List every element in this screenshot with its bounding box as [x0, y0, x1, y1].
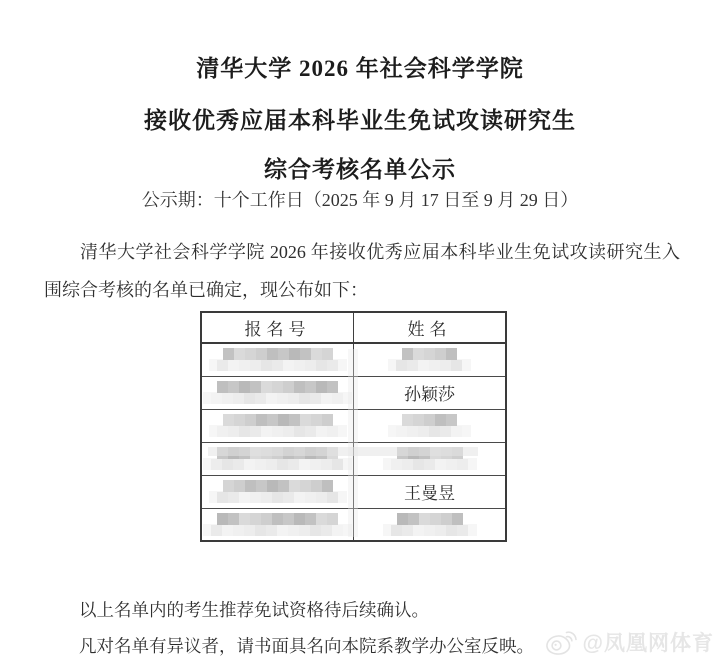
footer-note-confirmation: 以上名单内的考生推荐免试资格待后续确认。 — [44, 598, 676, 622]
name-cell: 王曼昱 — [354, 475, 507, 508]
name-cell — [354, 508, 507, 541]
table-row — [201, 409, 506, 442]
document-page: 清华大学 2026 年社会科学学院 接收优秀应届本科毕业生免试攻读研究生 综合考… — [0, 0, 720, 662]
registration-number-cell — [201, 508, 354, 541]
table-row — [201, 508, 506, 541]
watermark: @凤凰网体育 — [544, 626, 714, 658]
table-row — [201, 442, 506, 475]
document-title-line-1: 清华大学 2026 年社会科学学院 — [0, 55, 720, 82]
redacted-mosaic — [402, 348, 457, 372]
redacted-mosaic — [223, 414, 333, 438]
redacted-mosaic — [217, 447, 338, 471]
roster-table: 报名号 姓名 孙颖莎王曼昱 — [200, 311, 507, 542]
redacted-mosaic — [397, 447, 463, 471]
name-cell — [354, 442, 507, 475]
document-title-line-3: 综合考核名单公示 — [0, 156, 720, 183]
name-cell: 孙颖莎 — [354, 376, 507, 409]
column-header-registration-number: 报名号 — [201, 312, 354, 343]
table-row: 王曼昱 — [201, 475, 506, 508]
name-cell — [354, 343, 507, 376]
table-header-row: 报名号 姓名 — [201, 312, 506, 343]
registration-number-cell — [201, 343, 354, 376]
registration-number-cell — [201, 442, 354, 475]
document-title-line-2: 接收优秀应届本科毕业生免试攻读研究生 — [0, 107, 720, 134]
intro-paragraph: 清华大学社会科学学院 2026 年接收优秀应届本科毕业生免试攻读研究生入围综合考… — [44, 233, 680, 309]
name-cell — [354, 409, 507, 442]
redacted-mosaic — [223, 480, 333, 504]
registration-number-cell — [201, 409, 354, 442]
registration-number-cell — [201, 376, 354, 409]
candidate-roster-table: 报名号 姓名 孙颖莎王曼昱 — [200, 311, 507, 542]
table-row: 孙颖莎 — [201, 376, 506, 409]
publicity-period-line: 公示期：十个工作日（2025 年 9 月 17 日至 9 月 29 日） — [0, 189, 720, 212]
redacted-mosaic — [217, 513, 338, 537]
weibo-icon — [544, 626, 580, 658]
redacted-mosaic — [223, 348, 333, 372]
redacted-mosaic — [402, 414, 457, 438]
table-row — [201, 343, 506, 376]
column-header-name: 姓名 — [354, 312, 507, 343]
registration-number-cell — [201, 475, 354, 508]
redacted-mosaic — [217, 381, 338, 405]
redacted-mosaic — [397, 513, 463, 537]
watermark-text: @凤凰网体育 — [583, 627, 714, 657]
